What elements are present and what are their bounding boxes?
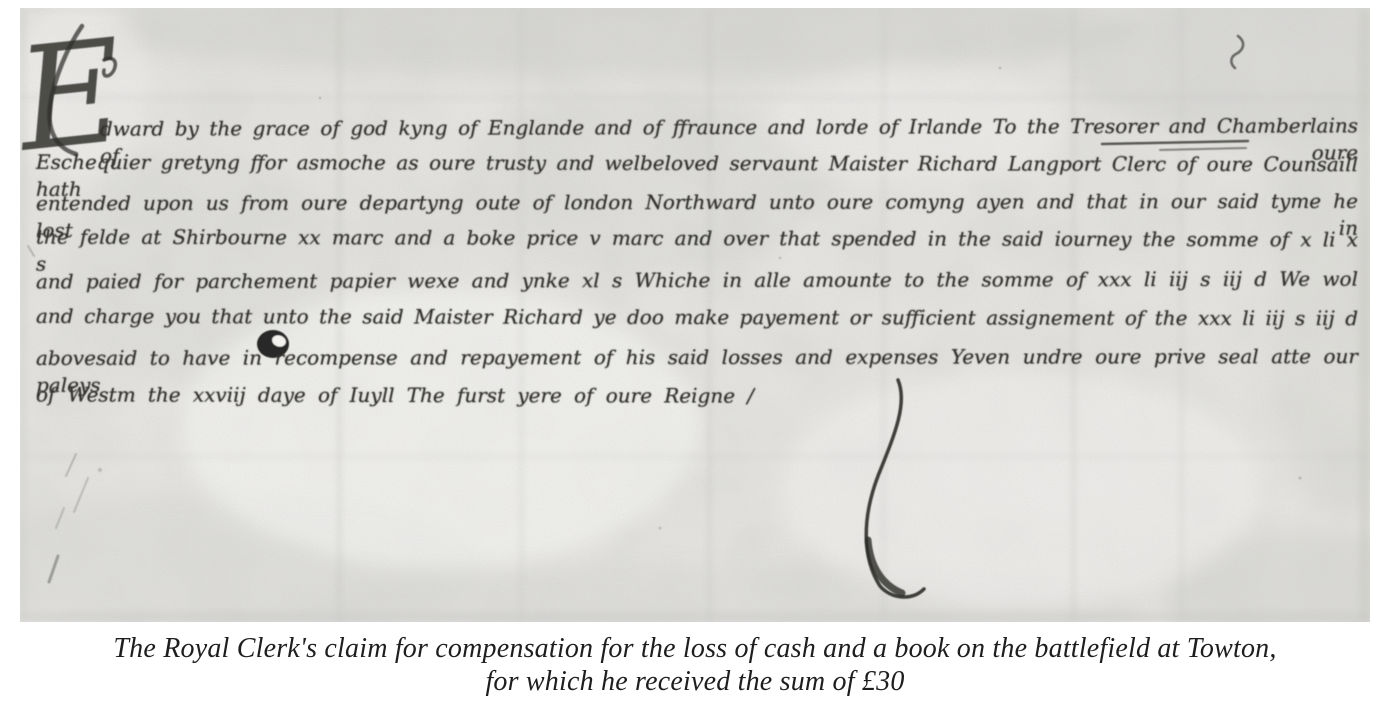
caption-line-1: The Royal Clerk's claim for compensation… [0,632,1390,665]
script-line-8: of Westm the xxviij daye of Iuyll The fu… [36,381,754,409]
script-line-1: dward by the grace of god kyng of Englan… [100,112,1358,142]
manuscript-text: dward by the grace of god kyng of Englan… [20,8,1370,622]
manuscript-photo: E [20,8,1370,622]
script-line-3: entended upon us from oure departyng out… [36,188,1358,217]
caption: The Royal Clerk's claim for compensation… [0,632,1390,698]
book-page: E [0,0,1390,702]
script-line-6: and charge you that unto the said Maiste… [36,303,1358,332]
script-line-2: Eschequier gretyng ffor asmoche as oure … [36,149,1358,178]
script-line-4: the felde at Shirbourne xx marc and a bo… [36,224,1358,254]
script-line-5: and paied for parchement papier wexe and… [36,266,1358,296]
script-line-7: abovesaid to have in recompense and repa… [36,343,1358,372]
caption-line-2: for which he received the sum of £30 [0,665,1390,698]
